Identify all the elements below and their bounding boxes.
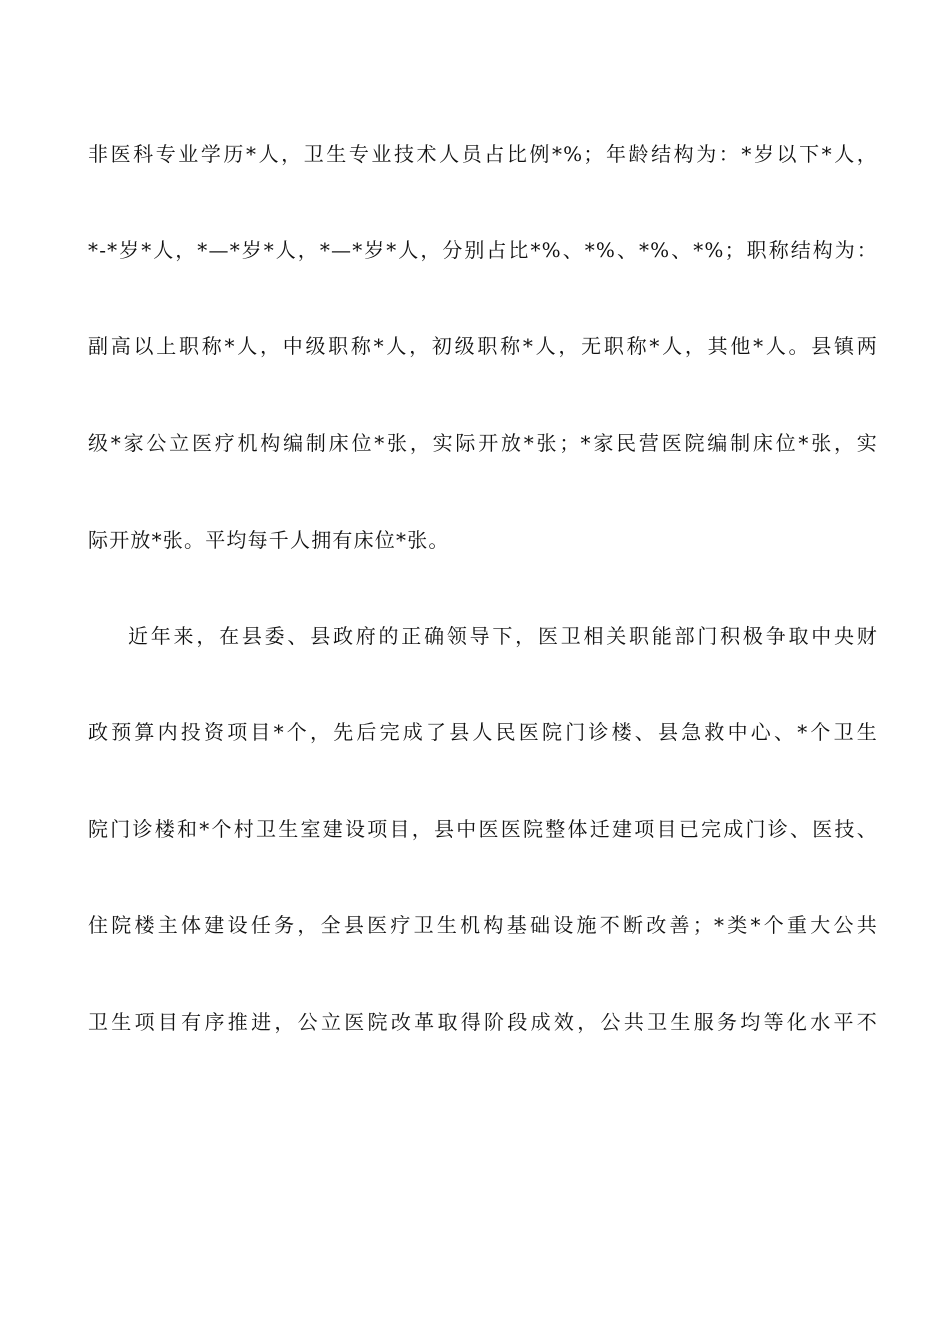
text-line: 级*家公立医疗机构编制床位*张，实际开放*张；*家民营医院编制床位*张，实: [88, 431, 878, 455]
text-line: 住院楼主体建设任务，全县医疗卫生机构基础设施不断改善；*类*个重大公共: [88, 913, 878, 937]
document-page: 非医科专业学历*人，卫生专业技术人员占比例*%；年龄结构为：*岁以下*人， *-…: [0, 0, 950, 1344]
text-line: 际开放*张。平均每千人拥有床位*张。: [88, 528, 878, 552]
text-line: 非医科专业学历*人，卫生专业技术人员占比例*%；年龄结构为：*岁以下*人，: [88, 142, 878, 166]
text-line: 政预算内投资项目*个，先后完成了县人民医院门诊楼、县急救中心、*个卫生: [88, 720, 878, 744]
text-line: *-*岁*人，*—*岁*人，*—*岁*人，分别占比*%、*%、*%、*%；职称结…: [88, 238, 878, 262]
text-line: 近年来，在县委、县政府的正确领导下，医卫相关职能部门积极争取中央财: [128, 624, 878, 648]
text-line: 副高以上职称*人，中级职称*人，初级职称*人，无职称*人，其他*人。县镇两: [88, 334, 878, 358]
text-line: 院门诊楼和*个村卫生室建设项目，县中医医院整体迁建项目已完成门诊、医技、: [88, 817, 878, 841]
text-line: 卫生项目有序推进，公立医院改革取得阶段成效，公共卫生服务均等化水平不: [88, 1010, 878, 1034]
